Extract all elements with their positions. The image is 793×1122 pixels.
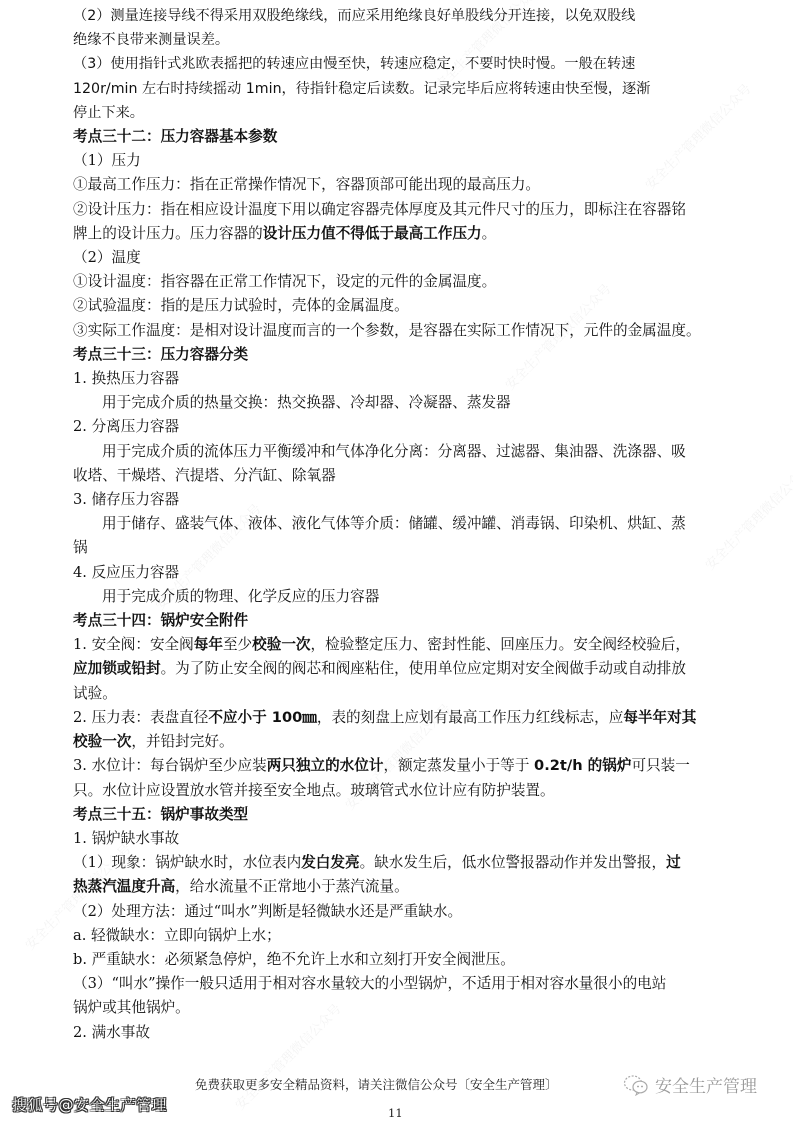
category-title: 2. 分离压力容器 bbox=[73, 415, 723, 439]
subheading-full-water: 2. 满水事故 bbox=[73, 1021, 723, 1045]
sohu-watermark: 搜狐号@安全生产管理 bbox=[12, 1094, 167, 1115]
paragraph-line: 120r/min 左右时持续摇动 1min，待指针稳定后读数。记录完毕后应将转速… bbox=[73, 77, 723, 101]
emphasis-text: 每半年对其 bbox=[623, 709, 696, 726]
emphasis-text: 每年 bbox=[194, 636, 223, 653]
text: 。缺水发生后，低水位警报器动作并发出警报， bbox=[360, 854, 666, 871]
list-item: ①设计温度：指容器在正常工作情况下，设定的元件的金属温度。 bbox=[73, 270, 723, 294]
emphasis-text: 发白发亮 bbox=[301, 854, 359, 871]
list-item: ①最高工作压力：指在正常操作情况下，容器顶部可能出现的最高压力。 bbox=[73, 173, 723, 197]
text: 牌上的设计压力。压力容器的 bbox=[73, 225, 263, 242]
emphasis-text: 两只独立的水位计 bbox=[267, 757, 384, 774]
section-heading-33: 考点三十三：压力容器分类 bbox=[73, 343, 723, 367]
handling-item-b: b. 严重缺水：必须紧急停炉，绝不允许上水和立刻打开安全阀泄压。 bbox=[73, 948, 723, 972]
handling-item-a: a. 轻微缺水：立即向锅炉上水； bbox=[73, 924, 723, 948]
text: ，表的刻盘上应划有最高工作压力红线标志，应 bbox=[317, 709, 623, 726]
text: ，给水流量不正常地小于蒸汽流量。 bbox=[175, 878, 409, 895]
emphasis-text: 热蒸汽温度升高 bbox=[73, 878, 175, 895]
text: 3. 水位计：每台锅炉至少应装 bbox=[73, 757, 267, 774]
safety-valve-line: 应加锁或铅封。为了防止安全阀的阀芯和阀座粘住，使用单位应定期对安全阀做手动或自动… bbox=[73, 657, 723, 681]
note-line: （3）“叫水”操作一般只适用于相对容水量较大的小型锅炉，不适用于相对容水量很小的… bbox=[73, 972, 723, 996]
category-desc: 用于储存、盛装气体、液体、液化气体等介质：储罐、缓冲罐、消毒锅、印染机、烘缸、蒸 bbox=[73, 512, 723, 536]
text: 至少 bbox=[223, 636, 252, 653]
safety-valve-line: 试验。 bbox=[73, 682, 723, 706]
category-desc: 用于完成介质的流体压力平衡缓冲和气体净化分离：分离器、过滤器、集油器、洗涤器、吸 bbox=[73, 440, 723, 464]
category-title: 4. 反应压力容器 bbox=[73, 561, 723, 585]
text: 。 bbox=[482, 225, 497, 242]
footer-note: 免费获取更多安全精品资料，请关注微信公众号〔安全生产管理〕 bbox=[195, 1075, 558, 1093]
paragraph-line: 停止下来。 bbox=[73, 101, 723, 125]
emphasis-text: 过 bbox=[666, 854, 681, 871]
page-number: 11 bbox=[388, 1106, 403, 1120]
wechat-icon bbox=[623, 1074, 649, 1096]
phenomenon-line: 热蒸汽温度升高，给水流量不正常地小于蒸汽流量。 bbox=[73, 875, 723, 899]
emphasis-text: 设计压力值不得低于最高工作压力 bbox=[263, 225, 482, 242]
category-title: 1. 换热压力容器 bbox=[73, 367, 723, 391]
water-level-line: 只。水位计应设置放水管并接至安全地点。玻璃管式水位计应有防护装置。 bbox=[73, 779, 723, 803]
brand-name: 安全生产管理 bbox=[655, 1072, 757, 1097]
note-line: 锅炉或其他锅炉。 bbox=[73, 996, 723, 1020]
list-item: 牌上的设计压力。压力容器的设计压力值不得低于最高工作压力。 bbox=[73, 222, 723, 246]
category-desc: 用于完成介质的物理、化学反应的压力容器 bbox=[73, 585, 723, 609]
brand-logo: 安全生产管理 bbox=[623, 1072, 757, 1097]
text: 。为了防止安全阀的阀芯和阀座粘住，使用单位应定期对安全阀做手动或自动排放 bbox=[161, 660, 686, 677]
list-item: ②设计压力：指在相应设计温度下用以确定容器壳体厚度及其元件尺寸的压力，即标注在容… bbox=[73, 198, 723, 222]
section-heading-35: 考点三十五：锅炉事故类型 bbox=[73, 803, 723, 827]
emphasis-text: 0.2t/h 的锅炉 bbox=[534, 757, 631, 774]
emphasis-text: 校验一次 bbox=[73, 733, 131, 750]
category-desc-cont: 锅 bbox=[73, 536, 723, 560]
text: 2. 压力表：表盘直径 bbox=[73, 709, 208, 726]
text: ，并铅封完好。 bbox=[131, 733, 233, 750]
safety-valve-line: 1. 安全阀：安全阀每年至少校验一次，检验整定压力、密封性能、回座压力。安全阀经… bbox=[73, 633, 723, 657]
text: 可只装一 bbox=[631, 757, 689, 774]
emphasis-text: 不应小于 100㎜ bbox=[208, 709, 317, 726]
pressure-gauge-line: 校验一次，并铅封完好。 bbox=[73, 730, 723, 754]
text: ，额定蒸发量小于等于 bbox=[383, 757, 534, 774]
subheading-low-water: 1. 锅炉缺水事故 bbox=[73, 827, 723, 851]
text: 1. 安全阀：安全阀 bbox=[73, 636, 194, 653]
list-item: ②试验温度：指的是压力试验时，壳体的金属温度。 bbox=[73, 294, 723, 318]
emphasis-text: 应加锁或铅封 bbox=[73, 660, 161, 677]
section-heading-34: 考点三十四：锅炉安全附件 bbox=[73, 609, 723, 633]
paragraph-line: 绝缘不良带来测量误差。 bbox=[73, 28, 723, 52]
category-desc-cont: 收塔、干燥塔、汽提塔、分汽缸、除氧器 bbox=[73, 464, 723, 488]
subheading-pressure: （1）压力 bbox=[73, 149, 723, 173]
text: ，检验整定压力、密封性能、回座压力。安全阀经校验后， bbox=[311, 636, 690, 653]
subheading-temperature: （2）温度 bbox=[73, 246, 723, 270]
paragraph-line: （3）使用指针式兆欧表摇把的转速应由慢至快，转速应稳定，不要时快时慢。一般在转速 bbox=[73, 52, 723, 76]
handling-line: （2）处理方法：通过“叫水”判断是轻微缺水还是严重缺水。 bbox=[73, 900, 723, 924]
category-desc: 用于完成介质的热量交换：热交换器、冷却器、冷凝器、蒸发器 bbox=[73, 391, 723, 415]
phenomenon-line: （1）现象：锅炉缺水时，水位表内发白发亮。缺水发生后，低水位警报器动作并发出警报… bbox=[73, 851, 723, 875]
emphasis-text: 校验一次 bbox=[252, 636, 310, 653]
document-body: （2）测量连接导线不得采用双股绝缘线，而应采用绝缘良好单股线分开连接，以免双股线… bbox=[73, 4, 723, 1045]
category-title: 3. 储存压力容器 bbox=[73, 488, 723, 512]
water-level-line: 3. 水位计：每台锅炉至少应装两只独立的水位计，额定蒸发量小于等于 0.2t/h… bbox=[73, 754, 723, 778]
text: （1）现象：锅炉缺水时，水位表内 bbox=[73, 854, 301, 871]
section-heading-32: 考点三十二：压力容器基本参数 bbox=[73, 125, 723, 149]
paragraph-line: （2）测量连接导线不得采用双股绝缘线，而应采用绝缘良好单股线分开连接，以免双股线 bbox=[73, 4, 723, 28]
list-item: ③实际工作温度：是相对设计温度而言的一个参数，是容器在实际工作情况下，元件的金属… bbox=[73, 319, 723, 343]
pressure-gauge-line: 2. 压力表：表盘直径不应小于 100㎜，表的刻盘上应划有最高工作压力红线标志，… bbox=[73, 706, 723, 730]
